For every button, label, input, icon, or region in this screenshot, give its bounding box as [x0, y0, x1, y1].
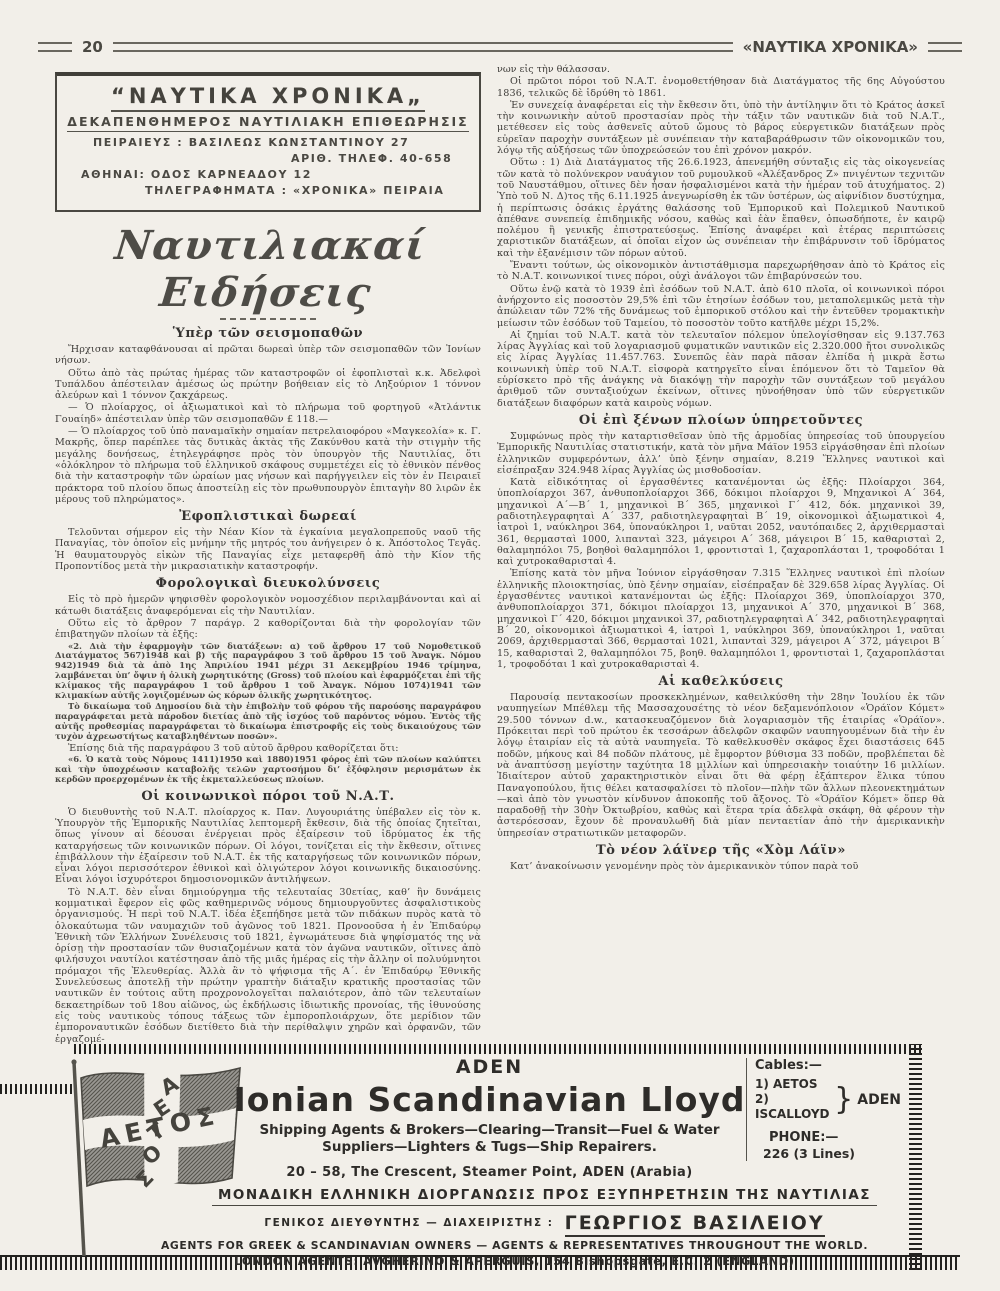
right-column: νων εἰς τὴν θάλασσαν.Οἱ πρῶτοι πόροι τοῦ…: [497, 64, 945, 1046]
ad-street-address: 20 – 58, The Crescent, Steamer Point, AD…: [230, 1165, 749, 1180]
paragraph: Αἱ ζημίαι τοῦ Ν.Α.Τ. κατὰ τὸν τελευταῖον…: [497, 330, 945, 409]
journal-name: «ΝΑΥΤΙΚΑ ΧΡΟΝΙΚΑ»: [743, 38, 918, 56]
article-script-title: Ναυτιλιακαί Ειδήσεις: [55, 222, 481, 316]
ad-cable-names: 1) AETOS 2) ISCALLOYD: [755, 1077, 830, 1122]
paragraph: Ἐν συνεχείᾳ ἀναφέρεται εἰς τὴν ἔκθεσιν ὅ…: [497, 100, 945, 156]
paragraph: Κατὰ εἰδικότητας οἱ ἐργασθέντες κατανέμο…: [497, 477, 945, 567]
paragraph: Οὕτω ἀπὸ τὰς πρώτας ἡμέρας τῶν καταστροφ…: [55, 368, 481, 402]
ad-cable-1: 1) AETOS: [755, 1077, 830, 1092]
masthead-phone: ΑΡΙΘ. ΤΗΛΕΦ. 40-658: [67, 152, 469, 165]
right-column-text: νων εἰς τὴν θάλασσαν.Οἱ πρῶτοι πόροι τοῦ…: [497, 64, 945, 872]
running-head: 20 «ΝΑΥΤΙΚΑ ΧΡΟΝΙΚΑ»: [38, 38, 962, 56]
magazine-page: 20 «ΝΑΥΤΙΚΑ ΧΡΟΝΙΚΑ» “ΝΑΥΤΙΚΑ ΧΡΟΝΙΚΑ„ Δ…: [0, 0, 1000, 1291]
masthead-address-piraeus: ΠΕΙΡΑΙΕΥΣ : ΒΑΣΙΛΕΩΣ ΚΩΝΣΤΑΝΤΙΝΟΥ 27: [67, 136, 469, 149]
paragraph: νων εἰς τὴν θάλασσαν.: [497, 64, 945, 75]
paragraph: Ἐπίσης διὰ τῆς παραγράφου 3 τοῦ αὐτοῦ ἄρ…: [55, 743, 481, 754]
left-column: “ΝΑΥΤΙΚΑ ΧΡΟΝΙΚΑ„ ΔΕΚΑΠΕΝΘΗΜΕΡΟΣ ΝΑΥΤΙΛΙ…: [55, 72, 481, 1044]
ad-company-name: Ionian Scandinavian Lloyd: [230, 1080, 749, 1119]
ad-greek-slogan: ΜΟΝΑΔΙΚΗ ΕΛΛΗΝΙΚΗ ΔΙΟΡΓΑΝΩΣΙΣ ΠΡΟΣ ΕΞΥΠΗ…: [212, 1187, 877, 1206]
left-column-text: Ὑπὲρ τῶν σεισμοπαθῶνἬρχισαν καταφθάνουσα…: [55, 326, 481, 1044]
ad-cables-city: ADEN: [857, 1092, 901, 1108]
double-rule: [113, 42, 733, 52]
paragraph: Τελοῦνται σήμερον εἰς τὴν Νέαν Κίον τὰ ἐ…: [55, 527, 481, 572]
page-number: 20: [82, 38, 103, 56]
brace-glyph: }: [834, 1085, 853, 1115]
ad-cables-label: Cables:—: [755, 1058, 901, 1073]
ad-director-label: ΓΕΝΙΚΟΣ ΔΙΕΥΘΥΝΤΗΣ — ΔΙΑΧΕΙΡΙΣΤΗΣ :: [264, 1217, 553, 1229]
flourish-rule: [220, 318, 316, 320]
ad-director-name: ΓΕΩΡΓΙΟΣ ΒΑΣΙΛΕΙΟΥ: [565, 1212, 825, 1237]
ad-location: ADEN: [230, 1056, 749, 1078]
paragraph: Τὸ δικαίωμα τοῦ Δημοσίου διὰ τὴν ἐπιβολὴ…: [55, 702, 481, 742]
ad-cable-2: 2) ISCALLOYD: [755, 1092, 830, 1122]
paragraph: Παρουσίᾳ πεντακοσίων προσκεκλημένων, καθ…: [497, 692, 945, 839]
paragraph: «2. Διὰ τὴν ἐφαρμογὴν τῶν διατάξεων: α) …: [55, 642, 481, 701]
paragraph: Οὕτω εἰς τὸ ἄρθρον 7 παράγρ. 2 καθορίζον…: [55, 618, 481, 641]
masthead-title: “ΝΑΥΤΙΚΑ ΧΡΟΝΙΚΑ„: [67, 84, 469, 108]
ad-services-line2: Suppliers—Lighters & Tugs—Ship Repairers…: [230, 1139, 749, 1156]
ad-agents-line: AGENTS FOR GREEK & SCANDINAVIAN OWNERS —…: [130, 1239, 899, 1252]
paragraph: Συμφώνως πρὸς τὴν καταρτισθεῖσαν ὑπὸ τῆς…: [497, 431, 945, 476]
ad-services-line1: Shipping Agents & Brokers—Clearing—Trans…: [230, 1122, 749, 1139]
paragraph: Τὸ Ν.Α.Τ. δὲν εἶναι δημιούργημα τῆς τελε…: [55, 887, 481, 1044]
ad-lower-block: ΜΟΝΑΔΙΚΗ ΕΛΛΗΝΙΚΗ ΔΙΟΡΓΑΝΩΣΙΣ ΠΡΟΣ ΕΞΥΠΗ…: [190, 1184, 899, 1268]
ad-phone-label: PHONE:—: [769, 1130, 901, 1145]
masthead-address-athens: ΑΘΗΝΑΙ: ΟΔΟΣ ΚΑΡΝΕΑΔΟΥ 12: [67, 168, 469, 181]
paragraph: Οὕτω ἐνῷ κατὰ τὸ 1939 ἐπὶ ἐσόδων τοῦ Ν.Α…: [497, 284, 945, 329]
flag-finial: [71, 1059, 76, 1064]
ad-border-right: [909, 1044, 922, 1270]
ad-cable-row: 1) AETOS 2) ISCALLOYD } ADEN: [755, 1077, 901, 1122]
ad-contact-panel: Cables:— 1) AETOS 2) ISCALLOYD } ADEN PH…: [746, 1058, 901, 1161]
advertisement-ionian-scandinavian-lloyd: ΑΕΤΟΣ Α Ε Τ Ο Σ ADEN Ionian Scandinavian…: [40, 1044, 922, 1270]
section-heading: Ὑπὲρ τῶν σεισμοπαθῶν: [55, 326, 481, 341]
paragraph: Ἔναντι τούτων, ὡς οἰκονομικὸν ἀντιστάθμι…: [497, 260, 945, 283]
double-rule: [38, 42, 72, 52]
paragraph: Οἱ πρῶτοι πόροι τοῦ Ν.Α.Τ. ἐνομοθετήθησα…: [497, 76, 945, 99]
paragraph: — Ὁ πλοίαρχος, οἱ ἀξιωματικοὶ καὶ τὸ πλή…: [55, 402, 481, 425]
section-heading: Τὸ νέον λάϊνερ τῆς «Χὸμ Λάϊν»: [497, 843, 945, 858]
section-heading: Φορολογικαὶ διευκολύνσεις: [55, 576, 481, 591]
paragraph: Ἤρχισαν καταφθάνουσαι αἱ πρῶται δωρεαὶ ὑ…: [55, 344, 481, 367]
paragraph: Εἰς τὸ πρὸ ἡμερῶν ψηφισθὲν φορολογικὸν ν…: [55, 594, 481, 617]
ad-center-block: ADEN Ionian Scandinavian Lloyd Shipping …: [230, 1056, 749, 1180]
ad-phone-number: 226 (3 Lines): [763, 1146, 901, 1161]
paragraph: Ὁ διευθυντὴς τοῦ Ν.Α.Τ. πλοίαρχος κ. Παν…: [55, 807, 481, 886]
section-heading: Αἱ καθελκύσεις: [497, 674, 945, 689]
paragraph: «6. Ὁ κατὰ τοὺς Νόμους 1411)1950 καὶ 188…: [55, 755, 481, 785]
masthead-subtitle: ΔΕΚΑΠΕΝΘΗΜΕΡΟΣ ΝΑΥΤΙΛΙΑΚΗ ΕΠΙΘΕΩΡΗΣΙΣ: [67, 114, 469, 129]
paragraph: — Ὁ πλοίαρχος τοῦ ὑπὸ παναμαϊκὴν σημαίαν…: [55, 426, 481, 505]
paragraph: Κατ’ ἀνακοίνωσιν γενομένην πρὸς τὸν ἀμερ…: [497, 861, 945, 872]
paragraph: Οὕτω : 1) Διὰ Διατάγματος τῆς 26.6.1923,…: [497, 157, 945, 259]
section-heading: Οἱ ἐπὶ ξένων πλοίων ὑπηρετοῦντες: [497, 413, 945, 428]
double-rule: [928, 42, 962, 52]
ad-director-line: ΓΕΝΙΚΟΣ ΔΙΕΥΘΥΝΤΗΣ — ΔΙΑΧΕΙΡΙΣΤΗΣ : ΓΕΩΡ…: [190, 1212, 899, 1234]
ad-london-agents-line: LONDON AGENTS: AVGHERINO & APERGUIS, 154…: [130, 1254, 899, 1268]
paragraph: Ἐπίσης κατὰ τὸν μῆνα Ἰούνιον εἰργάσθησαν…: [497, 568, 945, 670]
ad-body: ΑΕΤΟΣ Α Ε Τ Ο Σ ADEN Ionian Scandinavian…: [40, 1054, 909, 1257]
ad-border-top: [74, 1044, 922, 1054]
masthead-telegrams: ΤΗΛΕΓΡΑΦΗΜΑΤΑ : «ΧΡΟΝΙΚΑ» ΠΕΙΡΑΙΑ: [67, 184, 469, 197]
section-heading: Οἱ κοινωνικοὶ πόροι τοῦ Ν.Α.Τ.: [55, 789, 481, 804]
masthead-box: “ΝΑΥΤΙΚΑ ΧΡΟΝΙΚΑ„ ΔΕΚΑΠΕΝΘΗΜΕΡΟΣ ΝΑΥΤΙΛΙ…: [55, 72, 481, 212]
section-heading: Ἐφοπλιστικαὶ δωρεαί: [55, 509, 481, 524]
